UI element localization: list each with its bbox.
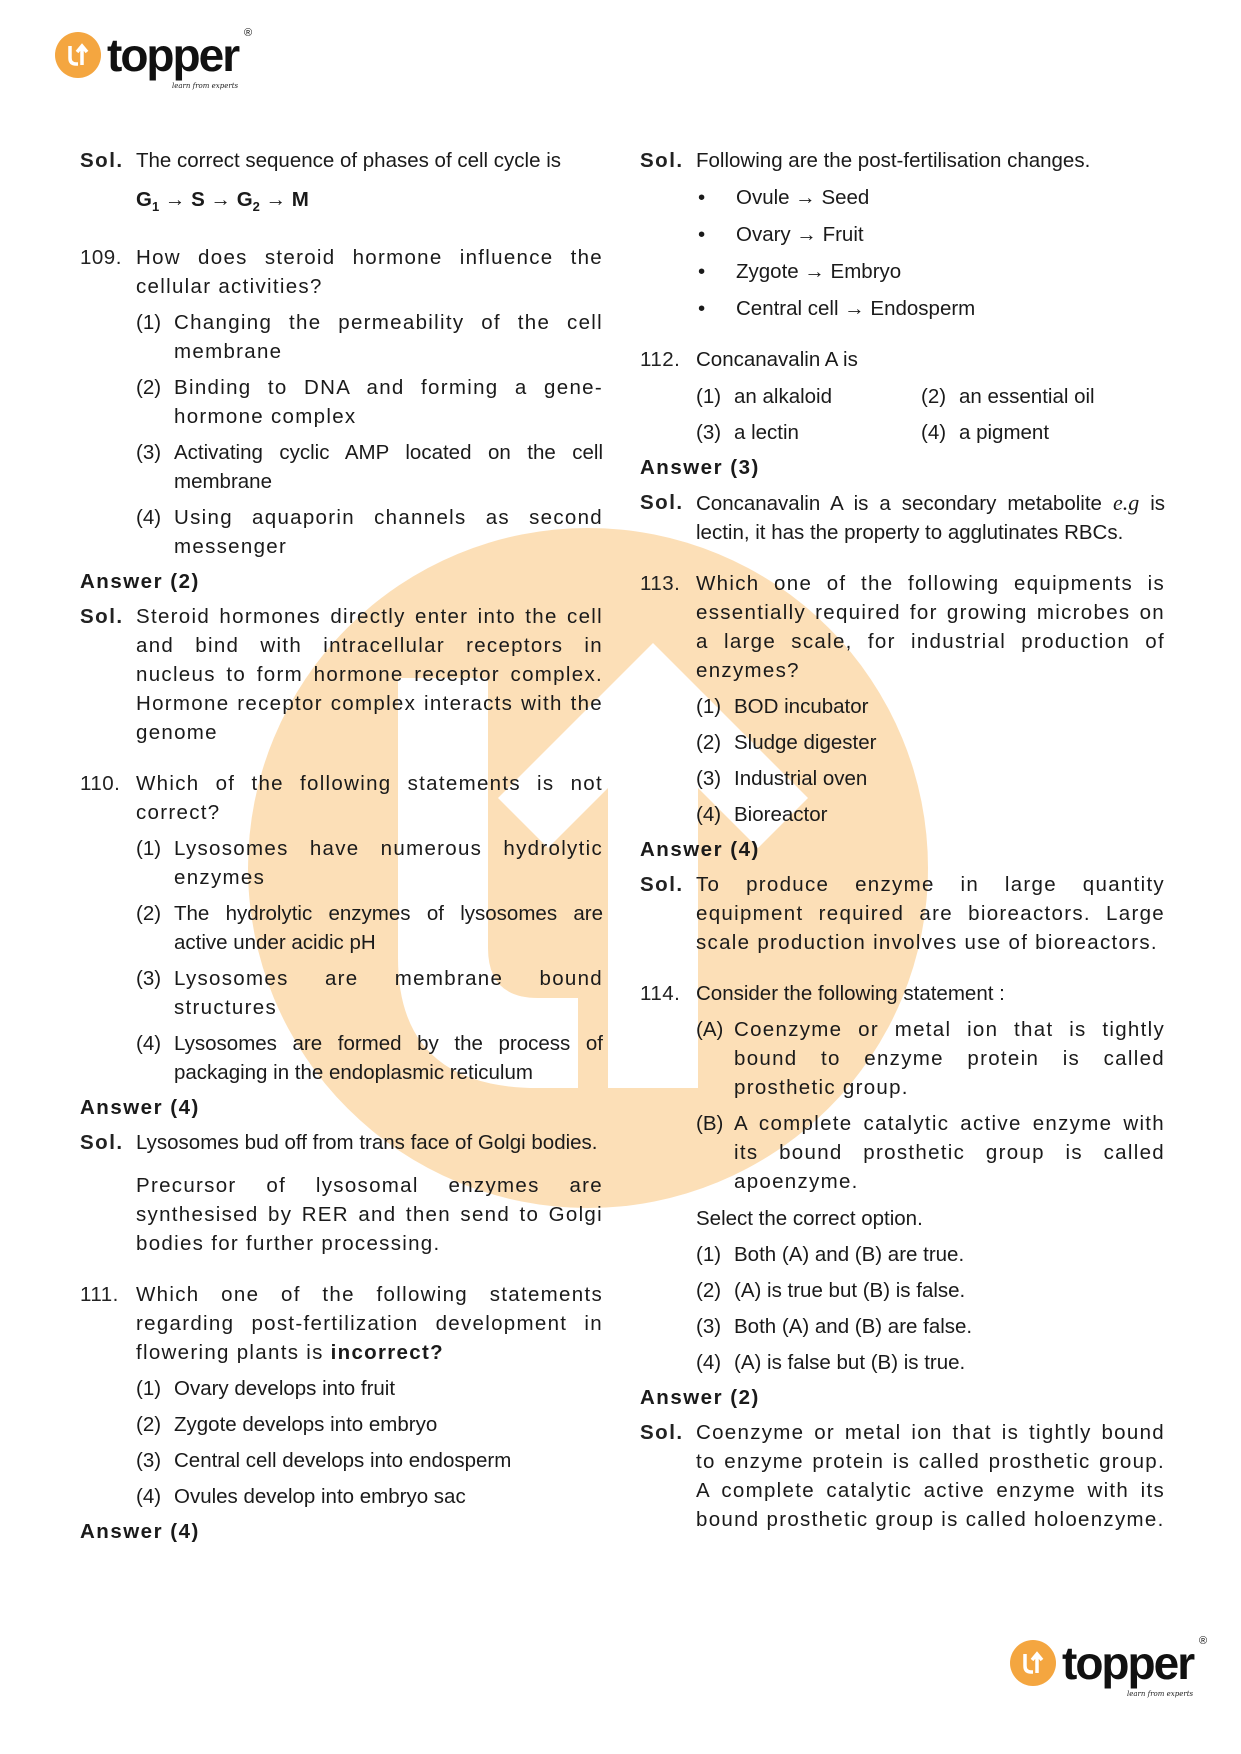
solution-text: Steroid hormones directly enter into the… [136, 602, 603, 747]
post-fertilisation-list: •Ovule → Seed •Ovary → Fruit •Zygote → E… [696, 183, 1165, 323]
option[interactable]: (2)(A) is true but (B) is false. [696, 1276, 1165, 1305]
option[interactable]: (4)(A) is false but (B) is true. [696, 1348, 1165, 1377]
topper-logo-icon [1010, 1640, 1056, 1686]
question-text: Which one of the following equipments is… [696, 569, 1165, 685]
option[interactable]: (4)Using aquaporin channels as second me… [136, 503, 603, 561]
option[interactable]: (2)Binding to DNA and forming a gene-hor… [136, 373, 603, 431]
solution-text: Coenzyme or metal ion that is tightly bo… [696, 1418, 1165, 1534]
solution-text: Lysosomes bud off from trans face of Gol… [136, 1128, 603, 1157]
option[interactable]: (1)Both (A) and (B) are true. [696, 1240, 1165, 1269]
question-number: 110. [80, 769, 136, 798]
solution-108: Sol. The correct sequence of phases of c… [80, 146, 603, 175]
option[interactable]: (2)Sludge digester [696, 728, 1165, 757]
question-text: Which one of the following statements re… [136, 1280, 603, 1367]
option[interactable]: (3)Both (A) and (B) are false. [696, 1312, 1165, 1341]
option[interactable]: (2)Zygote develops into embryo [136, 1410, 603, 1439]
prompt-text: Select the correct option. [696, 1204, 1165, 1233]
option[interactable]: (4)Bioreactor [696, 800, 1165, 829]
option[interactable]: (3)Activating cyclic AMP located on the … [136, 438, 603, 496]
topper-logo-footer: topper ® learn from experts [1010, 1640, 1193, 1686]
question-number: 111. [80, 1280, 136, 1309]
cell-cycle-sequence: G1 → S → G2 → M [136, 185, 603, 221]
option[interactable]: (3)Industrial oven [696, 764, 1165, 793]
question-112: 112. Concanavalin A is [640, 345, 1165, 374]
question-number: 114. [640, 979, 696, 1008]
options-grid: (1)an alkaloid (2)an essential oil (3)a … [696, 382, 1165, 447]
solution-114: Sol. Coenzyme or metal ion that is tight… [640, 1418, 1165, 1534]
option[interactable]: (2)an essential oil [921, 382, 1165, 411]
brand-tagline: learn from experts [1127, 1691, 1193, 1698]
answer: Answer (4) [640, 835, 1165, 864]
solution-110: Sol. Lysosomes bud off from trans face o… [80, 1128, 603, 1157]
option[interactable]: (1)BOD incubator [696, 692, 1165, 721]
registered-mark: ® [244, 28, 252, 39]
option[interactable]: (3)Central cell develops into endosperm [136, 1446, 603, 1475]
option[interactable]: (2)The hydrolytic enzymes of lysosomes a… [136, 899, 603, 957]
sol-label: Sol. [80, 146, 136, 175]
list-item: •Zygote → Embryo [696, 257, 1165, 286]
option[interactable]: (1)Ovary develops into fruit [136, 1374, 603, 1403]
question-number: 109. [80, 243, 136, 272]
question-113: 113. Which one of the following equipmen… [640, 569, 1165, 685]
answer: Answer (4) [80, 1517, 603, 1546]
question-text: How does steroid hormone influence the c… [136, 243, 603, 301]
solution-text: The correct sequence of phases of cell c… [136, 146, 603, 175]
statement: (B)A complete catalytic active enzyme wi… [696, 1109, 1165, 1196]
option[interactable]: (4)Ovules develop into embryo sac [136, 1482, 603, 1511]
answer: Answer (2) [80, 567, 603, 596]
statement: (A)Coenzyme or metal ion that is tightly… [696, 1015, 1165, 1102]
solution-text: Concanavalin A is a secondary metabolite… [696, 488, 1165, 547]
solution-112: Sol. Concanavalin A is a secondary metab… [640, 488, 1165, 547]
option[interactable]: (1)Changing the permeability of the cell… [136, 308, 603, 366]
answer: Answer (3) [640, 453, 1165, 482]
solution-text: Precursor of lysosomal enzymes are synth… [136, 1171, 603, 1258]
list-item: •Ovary → Fruit [696, 220, 1165, 249]
list-item: •Ovule → Seed [696, 183, 1165, 212]
solution-111: Sol. Following are the post-fertilisatio… [640, 146, 1165, 175]
topper-logo: topper ® learn from experts [55, 32, 238, 78]
solution-text: To produce enzyme in large quantity equi… [696, 870, 1165, 957]
option[interactable]: (4)Lysosomes are formed by the process o… [136, 1029, 603, 1087]
registered-mark: ® [1199, 1636, 1207, 1647]
question-number: 113. [640, 569, 696, 598]
option[interactable]: (1)Lysosomes have numerous hydrolytic en… [136, 834, 603, 892]
right-column: Sol. Following are the post-fertilisatio… [640, 146, 1165, 1534]
solution-109: Sol. Steroid hormones directly enter int… [80, 602, 603, 747]
option[interactable]: (1)an alkaloid [696, 382, 921, 411]
question-109: 109. How does steroid hormone influence … [80, 243, 603, 301]
brand-name: topper ® learn from experts [107, 32, 238, 78]
question-110: 110. Which of the following statements i… [80, 769, 603, 827]
question-number: 112. [640, 345, 696, 374]
topper-logo-icon [55, 32, 101, 78]
question-text: Consider the following statement : [696, 979, 1165, 1008]
list-item: •Central cell → Endosperm [696, 294, 1165, 323]
question-111: 111. Which one of the following statemen… [80, 1280, 603, 1367]
question-text: Concanavalin A is [696, 345, 1165, 374]
solution-text: Following are the post-fertilisation cha… [696, 146, 1165, 175]
option[interactable]: (4)a pigment [921, 418, 1165, 447]
question-114: 114. Consider the following statement : [640, 979, 1165, 1008]
option[interactable]: (3)a lectin [696, 418, 921, 447]
left-column: Sol. The correct sequence of phases of c… [80, 146, 603, 1552]
brand-tagline: learn from experts [172, 83, 238, 90]
answer: Answer (2) [640, 1383, 1165, 1412]
brand-name: topper ® learn from experts [1062, 1640, 1193, 1686]
question-text: Which of the following statements is not… [136, 769, 603, 827]
answer: Answer (4) [80, 1093, 603, 1122]
option[interactable]: (3)Lysosomes are membrane bound structur… [136, 964, 603, 1022]
solution-113: Sol. To produce enzyme in large quantity… [640, 870, 1165, 957]
